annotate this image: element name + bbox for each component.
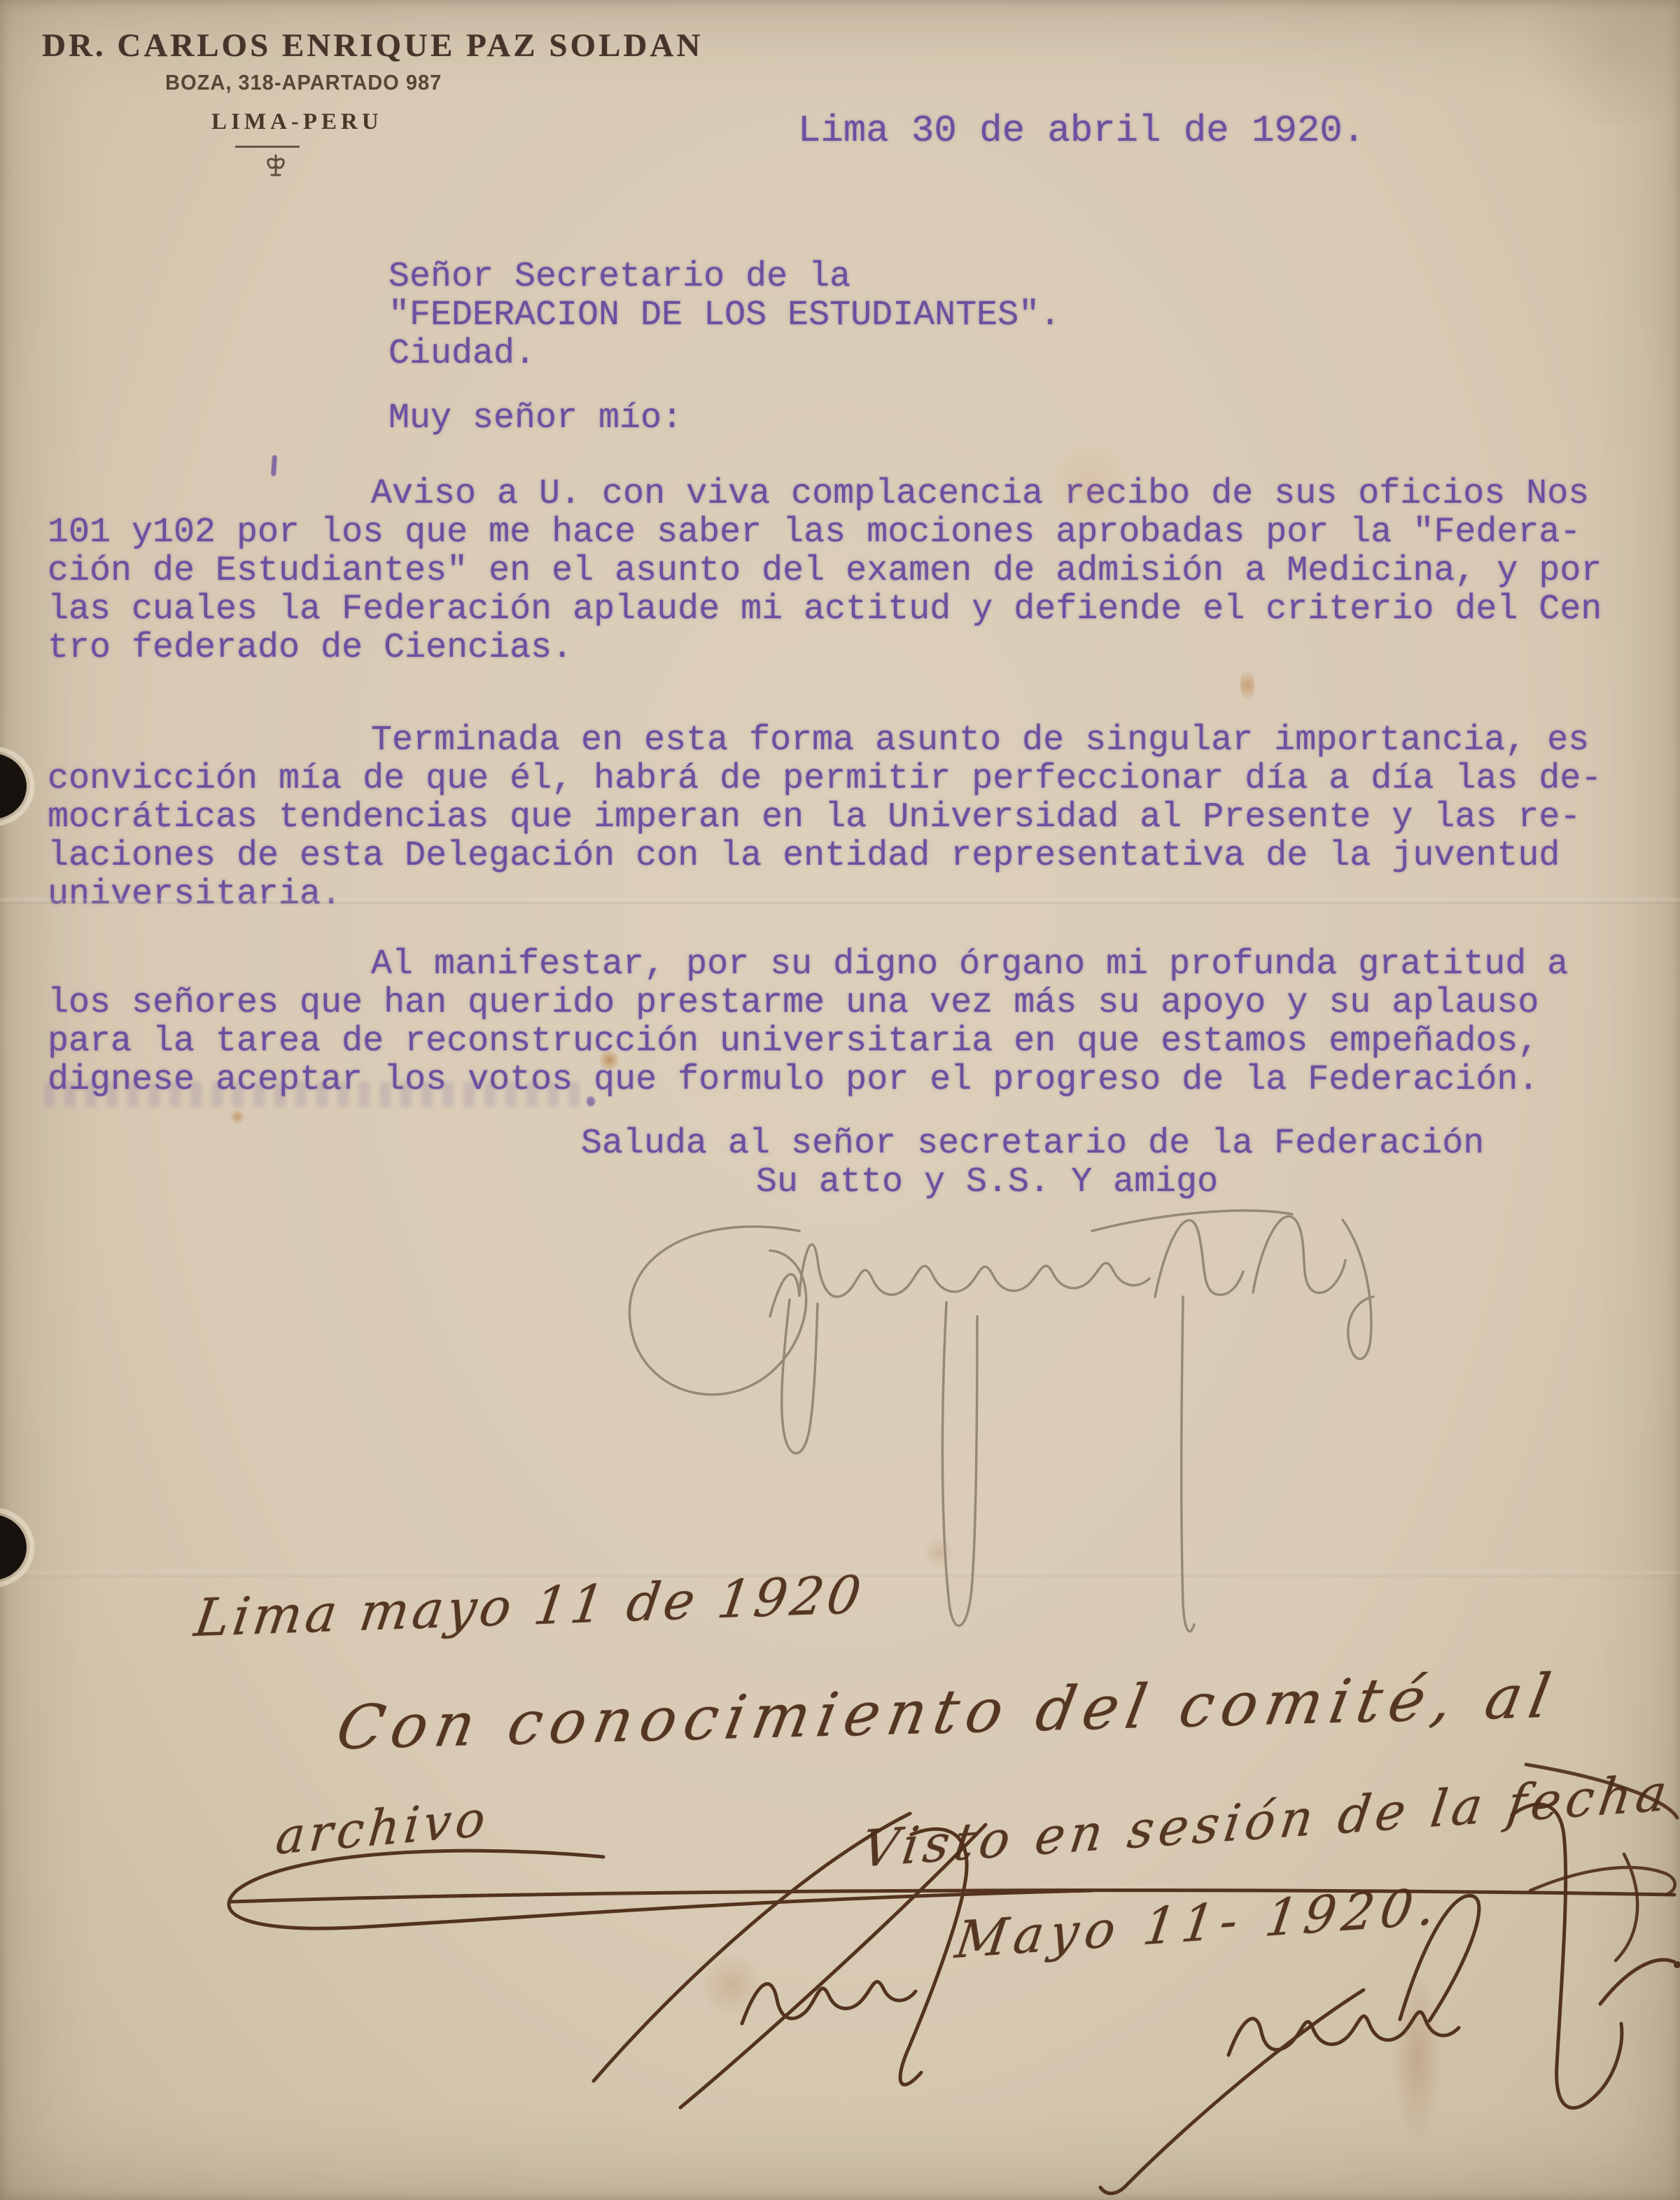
recipient-line: Ciudad. <box>388 335 1060 373</box>
paragraph-1: Aviso a U. con viva complacencia recibo … <box>48 475 1602 667</box>
erased-text-smudge <box>43 1082 589 1107</box>
erased-text-period <box>587 1096 595 1106</box>
paragraph-3: Al manifestar, por su digno órgano mi pr… <box>48 945 1568 1099</box>
stain <box>1393 1975 1442 2143</box>
salutation: Muy señor mío: <box>388 399 682 438</box>
closing-line-2: Su atto y S.S. Y amigo <box>756 1163 1218 1202</box>
stray-ink-mark <box>271 455 277 476</box>
letterhead-address: BOZA, 318-APARTADO 987 <box>165 70 442 95</box>
recipient-block: Señor Secretario de la "FEDERACION DE LO… <box>388 258 1060 373</box>
secretary-signature <box>1100 1804 1680 2194</box>
fleur-ornament-icon <box>260 151 291 182</box>
typed-date-line: Lima 30 de abril de 1920. <box>798 112 1365 151</box>
letterhead-city: LIMA-PERU <box>211 109 383 135</box>
body-line: para la tarea de reconstrucción universi… <box>48 1022 1568 1061</box>
letterhead-rule <box>235 146 300 148</box>
body-line: convicción mía de que él, habrá de permi… <box>48 760 1602 798</box>
paragraph-2: Terminada en esta forma asunto de singul… <box>48 721 1602 914</box>
session-note-flourish <box>1530 1854 1675 1961</box>
handwritten-committee-note: Con conocimiento del comité, al <box>331 1661 1563 1763</box>
recipient-line: Señor Secretario de la <box>388 258 1060 296</box>
letterhead-name: Dr. Carlos Enrique Paz Soldan <box>42 27 703 64</box>
body-line: Terminada en esta forma asunto de singul… <box>48 721 1602 760</box>
body-line: 101 y102 por los que me hace saber las m… <box>48 513 1602 552</box>
pencil-signature <box>629 1211 1373 1631</box>
body-line: tro federado de Ciencias. <box>48 629 1602 667</box>
body-line: ción de Estudiantes" en el asunto del ex… <box>48 552 1602 590</box>
punch-hole <box>0 749 32 824</box>
stain <box>1526 0 1680 126</box>
body-line: Aviso a U. con viva complacencia recibo … <box>48 475 1602 513</box>
stain <box>230 1109 245 1125</box>
recipient-line: "FEDERACION DE LOS ESTUDIANTES". <box>388 296 1060 335</box>
handwritten-date-note: Lima mayo 11 de 1920 <box>191 1565 868 1649</box>
body-line: los señores que han querido prestarme un… <box>48 984 1568 1022</box>
closing-line-1: Saluda al señor secretario de la Federac… <box>581 1125 1484 1163</box>
body-line: universitaria. <box>48 875 1602 914</box>
body-line: Al manifestar, por su digno órgano mi pr… <box>48 945 1568 984</box>
body-line: mocráticas tendencias que imperan en la … <box>48 798 1602 837</box>
handwritten-archive-note: archivo <box>274 1789 492 1866</box>
handwritten-session-date: Mayo 11- 1920. <box>952 1877 1445 1970</box>
stain <box>700 1954 763 2017</box>
stain <box>924 1537 955 1568</box>
stain <box>1240 667 1254 704</box>
letter-document: Dr. Carlos Enrique Paz Soldan BOZA, 318-… <box>0 0 1680 2200</box>
body-line: las cuales la Federación aplaude mi acti… <box>48 590 1602 629</box>
handwritten-session-note: Visto en sesión de la fecha <box>858 1762 1675 1879</box>
punch-hole <box>0 1510 32 1585</box>
body-line: laciones de esta Delegación con la entid… <box>48 837 1602 875</box>
